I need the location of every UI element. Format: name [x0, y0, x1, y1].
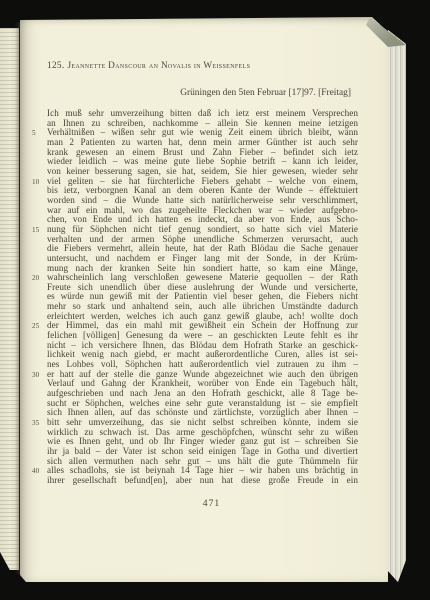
text-line-content: ihrer gesellschaft befund[en], aber nun … [47, 476, 358, 486]
line-number: 5 [32, 129, 43, 139]
letter-number: 125. [47, 60, 64, 70]
book-photo: 125.Jeannette Danscour an Novalis in Wei… [0, 0, 430, 600]
line-number: 10 [32, 178, 43, 188]
photo-background: { "colors": { "background": "#0d0d0c", "… [0, 0, 430, 600]
page-number: 471 [47, 498, 358, 509]
line-number: 40 [32, 467, 43, 477]
text-line: ihrer gesellschaft befund[en], aber nun … [47, 476, 358, 486]
fore-edge-pages [388, 30, 406, 582]
line-number: 30 [32, 371, 43, 381]
letter-title: Jeannette Danscour an Novalis in Weissen… [67, 60, 250, 70]
line-number: 25 [32, 322, 43, 332]
book-page: 125.Jeannette Danscour an Novalis in Wei… [20, 17, 388, 582]
line-number: 35 [32, 419, 43, 429]
line-number: 20 [32, 274, 43, 284]
letter-body: Ich muß sehr umverzeihung bitten daß ich… [47, 109, 358, 486]
letter-heading: 125.Jeannette Danscour an Novalis in Wei… [47, 60, 377, 70]
line-number: 15 [32, 226, 43, 236]
dateline: Grüningen den 5ten Februar [17]97. [Frei… [47, 88, 358, 98]
